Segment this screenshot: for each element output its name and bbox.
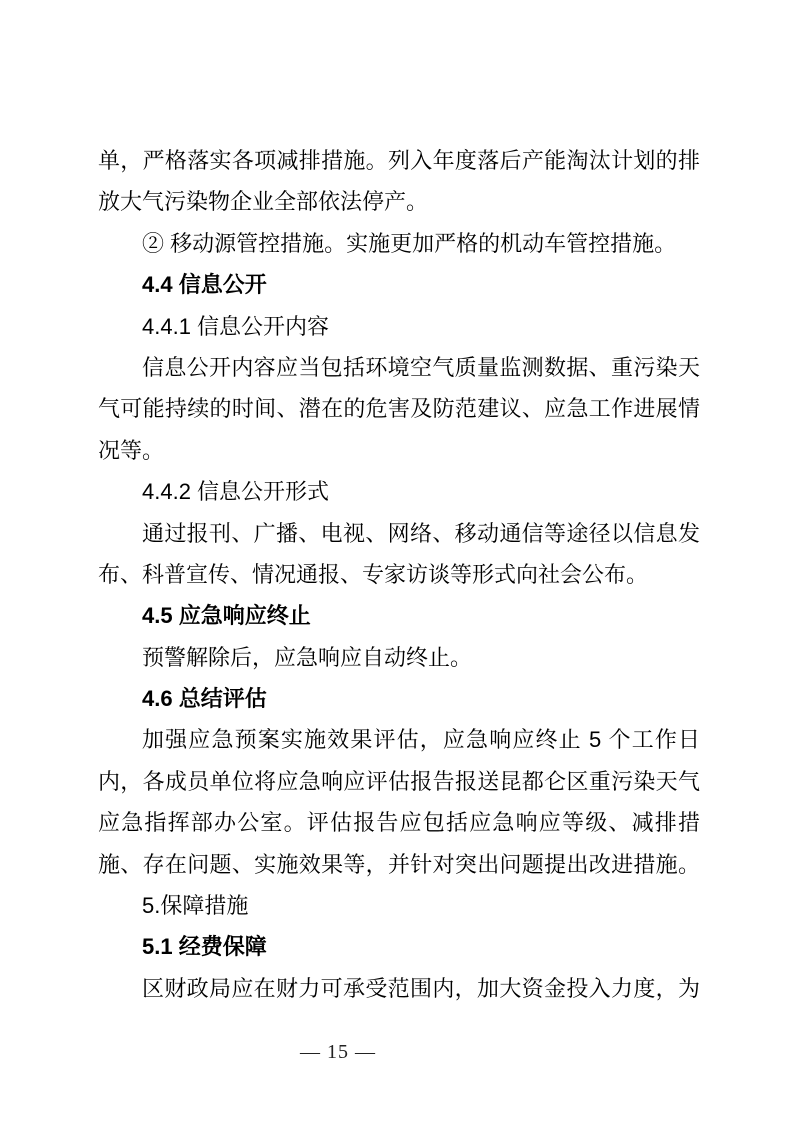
text-line: 区财政局应在财力可承受范围内，加大资金投入力度，为 — [98, 968, 700, 1009]
section-heading: 4.4 信息公开 — [98, 264, 700, 305]
page-number: — 15 — — [300, 1040, 376, 1064]
document-page: 单，严格落实各项减排措施。列入年度落后产能淘汰计划的排放大气污染物企业全部依法停… — [0, 0, 793, 1122]
text-line: 加强应急预案实施效果评估，应急响应终止 5 个工作日 — [98, 719, 700, 760]
text-line: 应急指挥部办公室。评估报告应包括应急响应等级、减排措 — [98, 802, 700, 843]
text-line: 况等。 — [98, 430, 700, 471]
text-line: 预警解除后，应急响应自动终止。 — [98, 637, 700, 678]
section-heading: 4.5 应急响应终止 — [98, 595, 700, 636]
text-line: ② 移动源管控措施。实施更加严格的机动车管控措施。 — [98, 223, 700, 264]
text-line: 气可能持续的时间、潜在的危害及防范建议、应急工作进展情 — [98, 388, 700, 429]
text-line: 信息公开内容应当包括环境空气质量监测数据、重污染天 — [98, 347, 700, 388]
text-line: 单，严格落实各项减排措施。列入年度落后产能淘汰计划的排 — [98, 140, 700, 181]
section-heading: 5.1 经费保障 — [98, 926, 700, 967]
text-line: 布、科普宣传、情况通报、专家访谈等形式向社会公布。 — [98, 554, 700, 595]
text-line: 施、存在问题、实施效果等，并针对突出问题提出改进措施。 — [98, 844, 700, 885]
text-line: 内，各成员单位将应急响应评估报告报送昆都仑区重污染天气 — [98, 761, 700, 802]
text-line: 通过报刊、广播、电视、网络、移动通信等途径以信息发 — [98, 513, 700, 554]
document-body: 单，严格落实各项减排措施。列入年度落后产能淘汰计划的排放大气污染物企业全部依法停… — [98, 140, 700, 1009]
text-line: 4.4.2 信息公开形式 — [98, 471, 700, 512]
section-heading: 4.6 总结评估 — [98, 678, 700, 719]
text-line: 4.4.1 信息公开内容 — [98, 306, 700, 347]
text-line: 放大气污染物企业全部依法停产。 — [98, 181, 700, 222]
text-line: 5.保障措施 — [98, 885, 700, 926]
